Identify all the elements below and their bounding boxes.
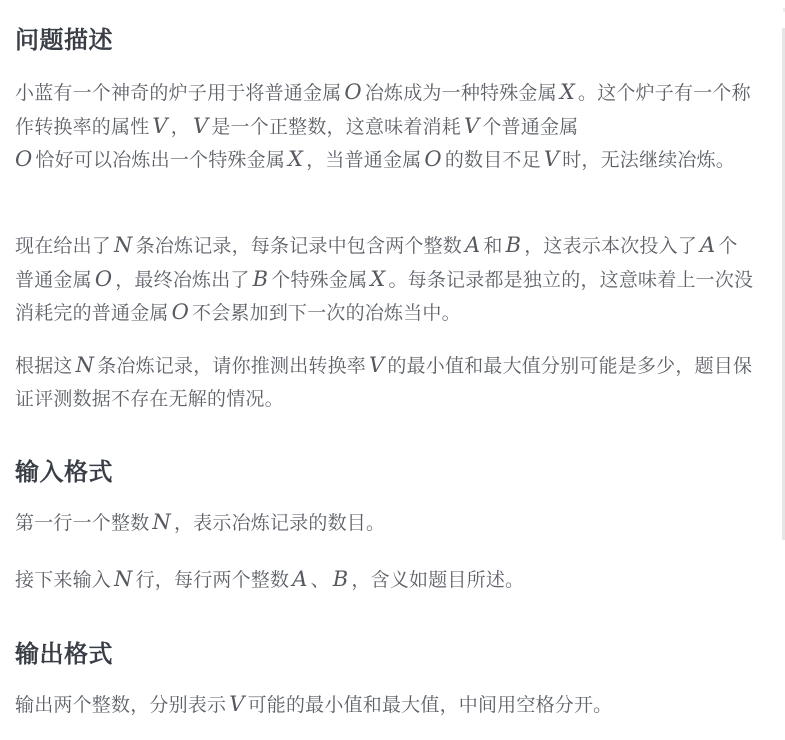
description-paragraph-3: 根据这N条冶炼记录，请你推测出转换率V的最小值和最大值分别可能是多少，题目保证评… (15, 349, 755, 415)
math-var: O (341, 80, 364, 104)
math-var: V (190, 114, 211, 138)
math-var: V (541, 147, 562, 171)
math-var: O (15, 147, 35, 171)
description-paragraph-2: 现在给出了N条冶炼记录，每条记录中包含两个整数A和B，这表示本次投入了A个普通金… (15, 229, 755, 330)
output-format-paragraph-1: 输出两个整数，分别表示V可能的最小值和最大值，中间用空格分开。 (15, 688, 755, 722)
math-var: B (330, 567, 352, 591)
math-var: A (697, 233, 718, 257)
math-var: V (226, 692, 247, 716)
math-var: N (149, 510, 174, 534)
math-var: A (462, 233, 483, 257)
math-var: V (366, 353, 387, 377)
section-title-output-format: 输出格式 (15, 634, 113, 669)
description-paragraph-1: 小蓝有一个神奇的炉子用于将普通金属O冶炼成为一种特殊金属X。这个炉子有一个称作转… (15, 76, 755, 177)
math-var: N (111, 233, 136, 257)
section-title-description: 问题描述 (15, 20, 113, 55)
input-format-paragraph-2: 接下来输入N行，每行两个整数A、B，含义如题目所述。 (15, 563, 755, 597)
math-var: N (111, 567, 136, 591)
math-var: O (421, 147, 444, 171)
math-var: A (289, 567, 310, 591)
math-var: O (92, 267, 115, 291)
math-var: V (149, 114, 170, 138)
math-var: X (557, 80, 578, 104)
math-var: V (461, 114, 482, 138)
math-var: B (503, 233, 525, 257)
math-var: X (285, 147, 306, 171)
input-format-paragraph-1: 第一行一个整数N，表示冶炼记录的数目。 (15, 506, 755, 540)
math-var: X (367, 267, 388, 291)
math-var: O (169, 300, 192, 324)
math-var: B (250, 267, 272, 291)
math-var: N (73, 353, 98, 377)
section-title-input-format: 输入格式 (15, 452, 113, 487)
